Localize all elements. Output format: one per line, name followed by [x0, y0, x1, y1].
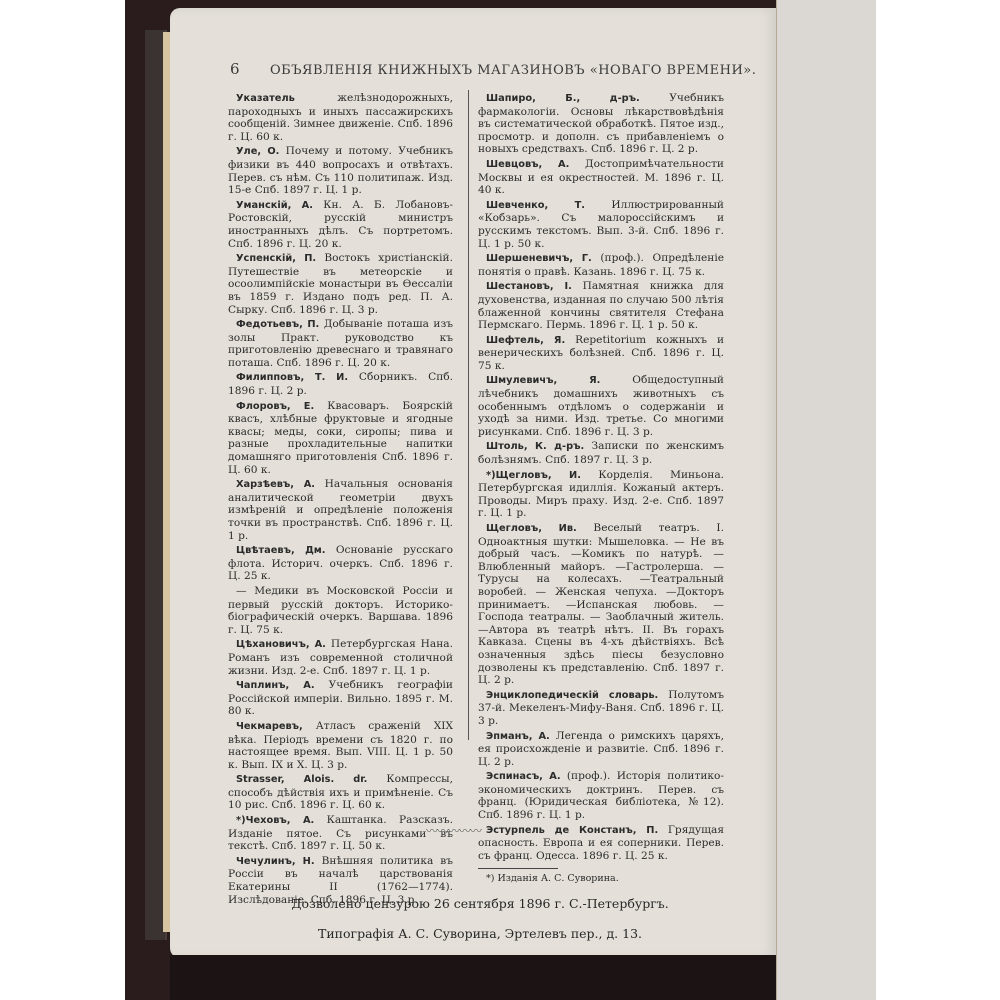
listing-entry: Флоровъ, Е. Квасоваръ. Боярскій квасъ, х…	[228, 400, 453, 477]
listing-entry: Указатель желѣзнодорожныхъ, пароходныхъ …	[228, 92, 453, 143]
entry-author: Уле, О.	[236, 146, 279, 157]
entry-text: — Медики въ Московской Россіи и первый р…	[228, 585, 453, 636]
entry-author: Штоль, К. д-ръ.	[486, 441, 584, 452]
running-header: 6ОБЪЯВЛЕНІЯ КНИЖНЫХЪ МАГАЗИНОВЪ «НОВАГО …	[230, 60, 730, 78]
entry-author: Эспинасъ, А.	[486, 771, 561, 782]
listing-entry: Федотьевъ, П. Добываніе поташа изъ золы …	[228, 318, 453, 369]
left-column: Указатель желѣзнодорожныхъ, пароходныхъ …	[228, 92, 453, 908]
entry-author: Щегловъ, Ив.	[486, 523, 577, 534]
page-number: 6	[230, 60, 270, 78]
printer-note: Типографія А. С. Суворина, Эртелевъ пер.…	[200, 926, 760, 941]
listing-entry: Энциклопедическій словарь. Полутомъ 37-й…	[478, 689, 724, 728]
entry-author: Цвѣтаевъ, Дм.	[236, 545, 326, 556]
entry-author: Уманскій, А.	[236, 200, 313, 211]
listing-entry: Чекмаревъ, Атласъ сраженій XIX вѣка. Пер…	[228, 720, 453, 771]
listing-entry: Успенскій, П. Востокъ христіанскій. Путе…	[228, 252, 453, 316]
entry-text: Веселый театръ. I. Одноактныя шутки: Мыш…	[478, 522, 724, 686]
listing-entry: Strasser, Alois. dr. Компрессы, способъ …	[228, 773, 453, 812]
entry-author: Шестановъ, І.	[486, 281, 572, 292]
listing-entry: *)Чеховъ, А. Каштанка. Разсказъ. Изданіе…	[228, 814, 453, 853]
entry-author: Strasser, Alois. dr.	[236, 774, 367, 785]
listing-entry: Харзѣевъ, А. Начальныя основанія аналити…	[228, 478, 453, 542]
footnote: *) Изданія А. С. Суворина.	[478, 873, 724, 886]
entry-author: *)Щегловъ, И.	[486, 470, 581, 481]
listing-entry: Шевцовъ, А. Достопримѣчательности Москвы…	[478, 158, 724, 197]
footnote-rule	[478, 868, 558, 869]
entry-author: Шевцовъ, А.	[486, 159, 569, 170]
entry-author: Шершеневичъ, Г.	[486, 253, 592, 264]
listing-entry: Уманскій, А. Кн. А. Б. Лобановъ-Ростовск…	[228, 199, 453, 250]
entry-author: Шмулевичъ, Я.	[486, 375, 600, 386]
listing-entry: Эспинасъ, А. (проф.). Исторія политико-э…	[478, 770, 724, 821]
listing-entry: Чаплинъ, А. Учебникъ географіи Россійско…	[228, 679, 453, 718]
listing-entry: Цвѣтаевъ, Дм. Основаніе русскаго флота. …	[228, 544, 453, 583]
entry-author: Шефтель, Я.	[486, 335, 565, 346]
entry-author: Чечулинъ, Н.	[236, 856, 315, 867]
ornament-separator: 〰〰〰〰〰	[426, 822, 481, 839]
entry-author: Федотьевъ, П.	[236, 319, 319, 330]
entry-author: Харзѣевъ, А.	[236, 479, 315, 490]
listing-entry: Щегловъ, Ив. Веселый театръ. I. Одноактн…	[478, 522, 724, 687]
right-column: Шапиро, Б., д-ръ. Учебникъ фармакологіи.…	[478, 92, 724, 886]
entry-author: Указатель	[236, 93, 295, 104]
column-divider	[468, 90, 469, 740]
entry-author: Флоровъ, Е.	[236, 401, 314, 412]
listing-entry: Шефтель, Я. Repetitorium кожныхъ и венер…	[478, 334, 724, 373]
listing-entry: — Медики въ Московской Россіи и первый р…	[228, 585, 453, 636]
listing-entry: Шмулевичъ, Я. Общедоступный лѣчебникъ до…	[478, 374, 724, 438]
entry-author: Эстурпель де Констанъ, П.	[486, 825, 658, 836]
entry-author: Филипповъ, Т. И.	[236, 372, 348, 383]
entry-author: Цѣхановичъ, А.	[236, 639, 326, 650]
header-title: ОБЪЯВЛЕНІЯ КНИЖНЫХЪ МАГАЗИНОВЪ «НОВАГО В…	[270, 63, 756, 78]
listing-entry: Уле, О. Почему и потому. Учебникъ физики…	[228, 145, 453, 196]
facing-page	[776, 0, 876, 1000]
listing-entry: Эпманъ, А. Легенда о римскихъ царяхъ, ея…	[478, 730, 724, 769]
listing-entry: Филипповъ, Т. И. Сборникъ. Спб. 1896 г. …	[228, 371, 453, 397]
entry-author: Чаплинъ, А.	[236, 680, 315, 691]
entry-author: *)Чеховъ, А.	[236, 815, 314, 826]
entry-author: Чекмаревъ,	[236, 721, 303, 732]
listing-entry: Цѣхановичъ, А. Петербургская Нана. Роман…	[228, 638, 453, 677]
listing-entry: Шестановъ, І. Памятная книжка для духове…	[478, 280, 724, 331]
listing-entry: Шапиро, Б., д-ръ. Учебникъ фармакологіи.…	[478, 92, 724, 156]
entry-author: Успенскій, П.	[236, 253, 316, 264]
censorship-note: Дозволено цензурою 26 сентября 1896 г. С…	[200, 896, 760, 911]
listing-entry: Шершеневичъ, Г. (проф.). Опредѣленіе пон…	[478, 252, 724, 278]
entry-author: Шевченко, Т.	[486, 200, 585, 211]
bottom-shadow	[170, 955, 776, 1000]
listing-entry: Штоль, К. д-ръ. Записки по женскимъ болѣ…	[478, 440, 724, 466]
entry-author: Энциклопедическій словарь.	[486, 690, 658, 701]
entry-author: Шапиро, Б., д-ръ.	[486, 93, 640, 104]
listing-entry: *)Щегловъ, И. Корделія. Миньона. Петербу…	[478, 469, 724, 520]
entry-author: Эпманъ, А.	[486, 731, 550, 742]
listing-entry: Эстурпель де Констанъ, П. Грядущая опасн…	[478, 824, 724, 863]
listing-entry: Шевченко, Т. Иллюстрированный «Кобзарь».…	[478, 199, 724, 250]
